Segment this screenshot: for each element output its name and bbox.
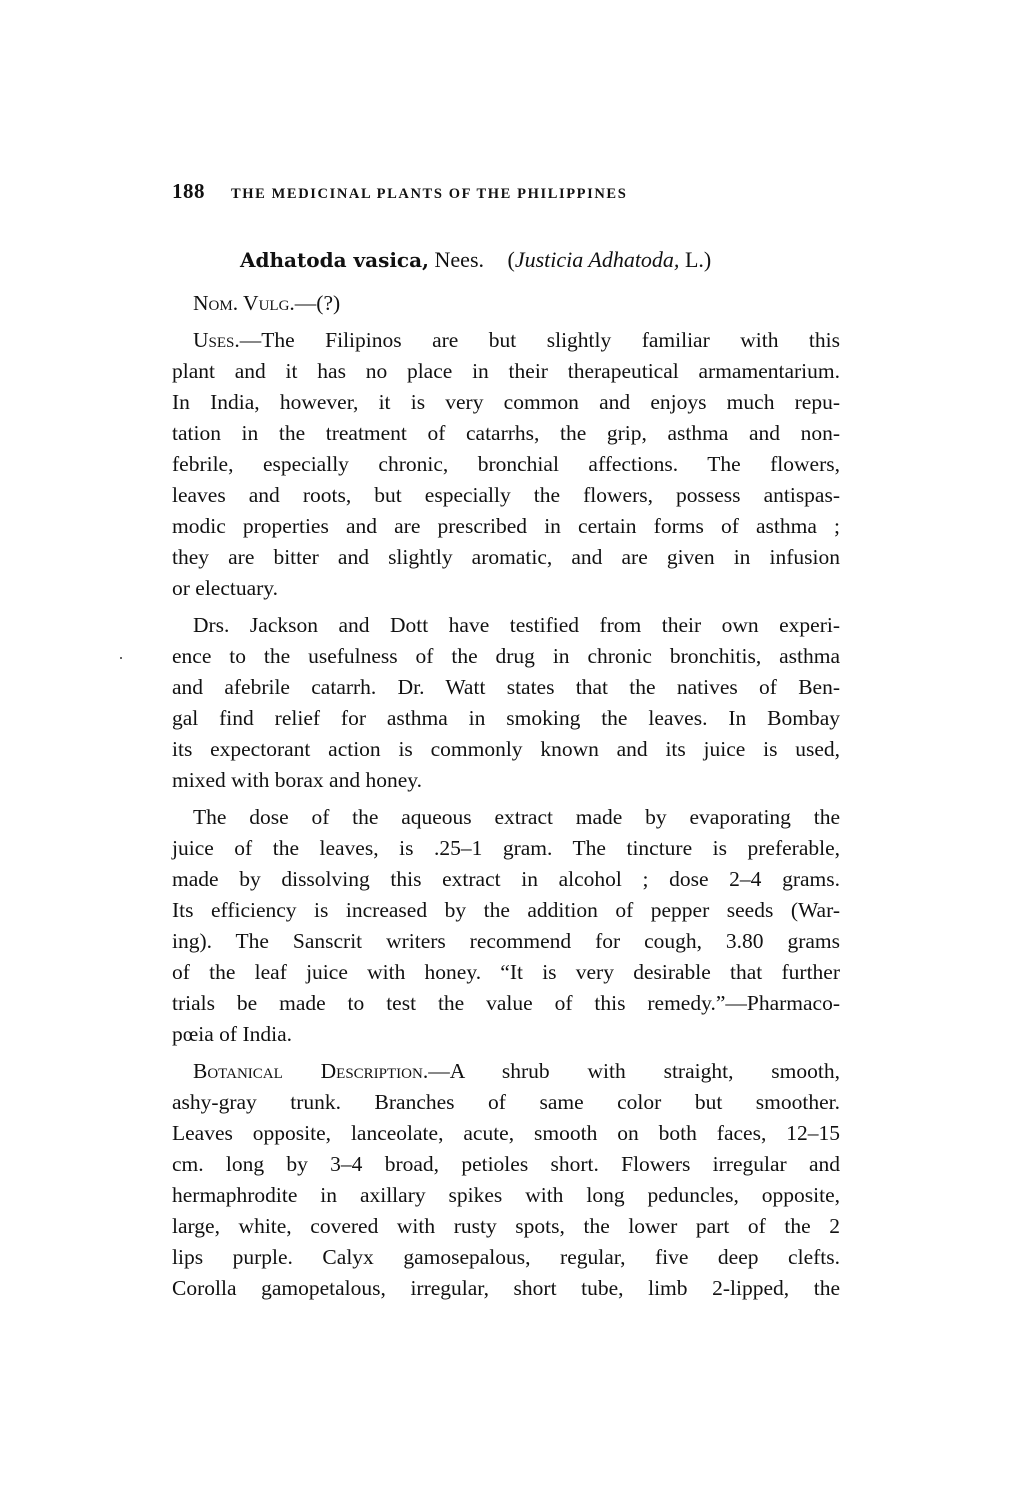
uses-label: Uses. — [193, 328, 240, 352]
nom-vulg-label: Nom. Vulg. — [193, 291, 295, 315]
nom-vulg-text: —(?) — [295, 291, 340, 315]
uses-line: modic properties and are prescribed in c… — [172, 512, 840, 541]
testimony-line: mixed with borax and honey. — [172, 766, 840, 795]
uses-line: In India, however, it is very common and… — [172, 388, 840, 417]
uses-line: they are bitter and slightly aromatic, a… — [172, 543, 840, 572]
testimony-line: its expectorant action is commonly known… — [172, 735, 840, 764]
running-header: 188 THE MEDICINAL PLANTS OF THE PHILIPPI… — [172, 179, 627, 205]
uses-line: leaves and roots, but especially the flo… — [172, 481, 840, 510]
dosage-line: made by dissolving this extract in alcoh… — [172, 865, 840, 894]
dosage-line: The dose of the aqueous extract made by … — [193, 803, 840, 832]
botanical-label: Botanical Description. — [193, 1059, 428, 1083]
botanical-line: large, white, covered with rusty spots, … — [172, 1212, 840, 1241]
species-authority: Nees. — [429, 247, 484, 272]
testimony-line: ence to the usefulness of the drug in ch… — [172, 642, 840, 671]
dosage-line: of the leaf juice with honey. “It is ver… — [172, 958, 840, 987]
dosage-line: ing). The Sanscrit writers recommend for… — [172, 927, 840, 956]
testimony-line: gal find relief for asthma in smoking th… — [172, 704, 840, 733]
synonym-authority: L.) — [679, 247, 711, 272]
dosage-line: pœia of India. — [172, 1020, 840, 1049]
synonym: (Justicia Adhatoda, L.) — [508, 247, 712, 272]
botanical-line: hermaphrodite in axillary spikes with lo… — [172, 1181, 840, 1210]
nom-vulg-line: Nom. Vulg.—(?) — [193, 289, 840, 318]
page-number: 188 — [172, 179, 205, 203]
uses-line: tation in the treatment of catarrhs, the… — [172, 419, 840, 448]
species-name: Adhatoda vasica, — [240, 248, 429, 272]
botanical-line: ashy-gray trunk. Branches of same color … — [172, 1088, 840, 1117]
botanical-line: Leaves opposite, lanceolate, acute, smoo… — [172, 1119, 840, 1148]
botanical-line: lips purple. Calyx gamosepalous, regular… — [172, 1243, 840, 1272]
running-title: THE MEDICINAL PLANTS OF THE PHILIPPINES — [231, 186, 627, 202]
uses-line: or electuary. — [172, 574, 840, 603]
botanical-line: Botanical Description.—A shrub with stra… — [193, 1057, 840, 1086]
uses-line: plant and it has no place in their thera… — [172, 357, 840, 386]
uses-line: Uses.—The Filipinos are but slightly fam… — [193, 326, 840, 355]
dosage-line: juice of the leaves, is .25–1 gram. The … — [172, 834, 840, 863]
botanical-line: cm. long by 3–4 broad, petioles short. F… — [172, 1150, 840, 1179]
scan-speck — [120, 657, 122, 659]
testimony-line: Drs. Jackson and Dott have testified fro… — [193, 611, 840, 640]
synonym-name: Justicia Adhatoda, — [515, 247, 680, 272]
book-page: 188 THE MEDICINAL PLANTS OF THE PHILIPPI… — [0, 0, 1010, 1506]
uses-line: febrile, especially chronic, bronchial a… — [172, 450, 840, 479]
entry-title: Adhatoda vasica, Nees. (Justicia Adhatod… — [240, 247, 711, 273]
testimony-line: and afebrile catarrh. Dr. Watt states th… — [172, 673, 840, 702]
dosage-line: Its efficiency is increased by the addit… — [172, 896, 840, 925]
dosage-line: trials be made to test the value of this… — [172, 989, 840, 1018]
botanical-line: Corolla gamopetalous, irregular, short t… — [172, 1274, 840, 1303]
